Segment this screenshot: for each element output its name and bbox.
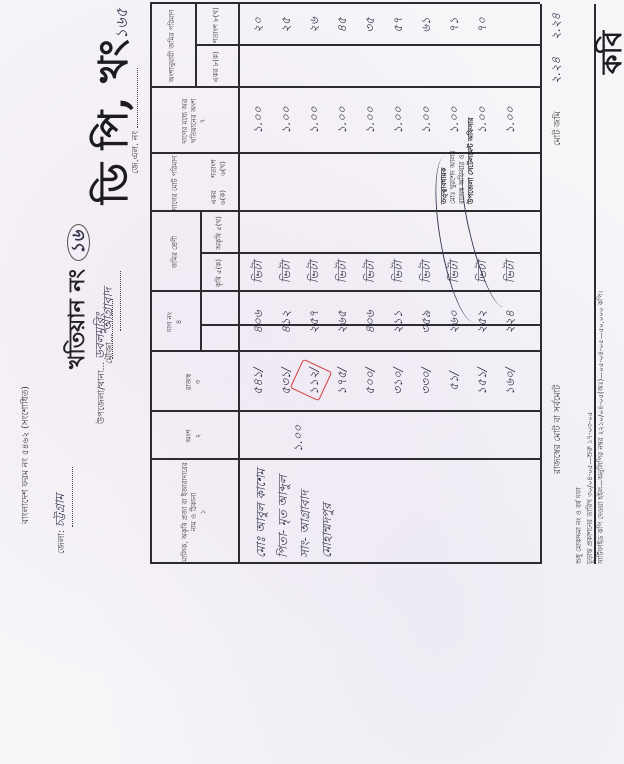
header-owner: মালিক, অকৃষি প্রজা বা ইজারাদারের নাম ও ঠ… [150, 460, 238, 564]
cell-portion: ১.০০ [250, 90, 270, 150]
district-value: চট্টগ্রাম [52, 467, 73, 527]
footer-line-2: চূড়ান্ত প্রকাশনের তারিখ ৩০/০৪-০৫—শুরু ১… [586, 412, 595, 564]
cell-krishi: ভিটা [418, 254, 438, 290]
owner-share-value: ১.০০ [290, 425, 310, 452]
khatian-label: খতিয়ান নং [64, 269, 90, 369]
cell-revenue: ১৬০/ [502, 354, 522, 408]
cell-portion: ১.০০ [362, 90, 382, 150]
header-land-class: জমির শ্রেণী [150, 212, 200, 292]
cell-krishi: ভিটা [306, 254, 326, 290]
cell-dag: ২১১ [390, 294, 410, 350]
district-field: জেলা: চট্টগ্রাম [52, 467, 73, 554]
jl-field: জে.এল. নং [128, 68, 143, 174]
cell-krishi: ভিটা [250, 254, 270, 290]
scanned-document: বাংলাদেশ ফরম নং ৫৪৬২ (সংশোধিত) জেলা: চট্… [0, 0, 624, 764]
header-portion: দাগের মধ্যে অত্র খতিয়ানের অংশ৭ [150, 88, 238, 154]
header-acquired: অংশানুযায়ী জমির পরিমাণ [150, 4, 195, 88]
header-akrishi: অকৃষি ৫(খ) [200, 212, 238, 254]
cell-portion: ১.০০ [306, 90, 326, 150]
cell-shatangsho: ২৬ [306, 6, 326, 44]
cell-shatangsho: ২০ [250, 6, 270, 44]
mouza-field: মৌজা... আগ্রাবাদ [100, 271, 121, 364]
cell-revenue: ৫১/ [446, 354, 466, 408]
total-shatangsho: ২.২৪ [548, 13, 568, 40]
cell-shatangsho: ২৫ [278, 6, 298, 44]
khatian-page: বাংলাদেশ ফরম নং ৫৪৬২ (সংশোধিত) জেলা: চট্… [0, 0, 624, 764]
header-acre: একর ৬(ক) [200, 183, 238, 212]
cell-dag: ৪১২ [278, 294, 298, 350]
cell-krishi: ভিটা [362, 254, 382, 290]
dp-number: ১৬৫ [112, 8, 131, 39]
cell-portion: ১.০০ [418, 90, 438, 150]
cell-portion: ১.০০ [474, 90, 494, 150]
owner-details: মোঃ আবুল কাশেম পিতা- মৃত আব্দুল সাং- আগ্… [250, 463, 338, 558]
cell-revenue: ৫০০/ [362, 354, 382, 408]
header-shatangsho: শতাংশ ৬(খ) [200, 154, 238, 183]
cell-revenue: ১৭৫/ [334, 354, 354, 408]
revenue-total-label: রাজস্বের মোট বা সর্বমোট [550, 385, 565, 474]
khatian-number: ১৬ [67, 224, 90, 261]
cell-revenue: ১৫১/ [474, 354, 494, 408]
form-label: বাংলাদেশ ফরম নং ৫৪৬২ (সংশোধিত) [18, 386, 33, 524]
cell-dag: ৪০৬ [250, 294, 270, 350]
cell-shatangsho: ৭১ [446, 6, 466, 44]
header-krishi: কৃষি ৫(ক) [200, 254, 238, 292]
footer-line-3: সার্টিফাইড কপি দেওয়া হইল—অনুলিপির নম্বর… [597, 291, 606, 564]
khatian-title: খতিয়ান নং ১৬ [60, 224, 97, 369]
mouza-value: আগ্রাবাদ [100, 271, 121, 331]
cell-shatangsho: ৬১ [418, 6, 438, 44]
cell-revenue: ৩১০/ [390, 354, 410, 408]
cell-revenue: ৩৩০/ [418, 354, 438, 408]
owner-father: পিতা- মৃত আব্দুল [272, 463, 294, 558]
owner-address-2: মোহাম্মদপুর [316, 463, 338, 558]
cell-shatangsho: ৩৫ [362, 6, 382, 44]
cell-dag: ২৬৫ [334, 294, 354, 350]
district-label: জেলা [57, 533, 67, 554]
cell-revenue: ৫৪১/ [250, 354, 270, 408]
header-acquired-shatangsho: শতাংশ ৮(খ) [195, 4, 238, 46]
mouza-label: মৌজা [105, 342, 115, 364]
cell-krishi: ভিটা [278, 254, 298, 290]
header-acquired-acre: একর ৮(ক) [195, 46, 238, 88]
cell-portion: ১.০০ [278, 90, 298, 150]
cell-dag: ৪০৬ [362, 294, 382, 350]
footer-line-1: শুধু মোকদ্দমা নং ও বর্ষ দফা [575, 487, 584, 564]
cell-krishi: ভিটা [334, 254, 354, 290]
cell-shatangsho: ৪৫ [334, 6, 354, 44]
header-revenue: রাজস্ব৩ [150, 352, 238, 412]
cell-portion: ১.০০ [502, 90, 522, 150]
cell-dag: ৩৫৯ [418, 294, 438, 350]
header-share: অংশ২ [150, 412, 238, 460]
cell-dag: ২৫৭ [306, 294, 326, 350]
upazila-label: উপজেলা/থানা [97, 370, 107, 424]
cell-krishi: ভিটা [390, 254, 410, 290]
header-total-area: দাগের মোট পরিমাণ [150, 154, 200, 212]
total-acre: ২.২৪ [548, 57, 568, 84]
jl-label: জে.এল. নং [131, 131, 141, 174]
owner-address: সাং- আগ্রাবাদ [294, 463, 316, 558]
cell-portion: ১.০০ [390, 90, 410, 150]
officer-stamp: তত্ত্বাবধায়ক মোঃ খুরশেদ আলম রাজস্ব অফিস… [440, 114, 476, 204]
corner-text: কবি [590, 31, 624, 74]
cell-portion: ১.০০ [334, 90, 354, 150]
total-label: মোট জমি [550, 111, 565, 146]
cell-shatangsho: ৭০ [474, 6, 494, 44]
header-dag: দাগ নং৪ [150, 292, 200, 352]
owner-name: মোঃ আবুল কাশেম [250, 463, 272, 558]
jl-value [137, 68, 138, 128]
cell-shatangsho: ৫৭ [390, 6, 410, 44]
